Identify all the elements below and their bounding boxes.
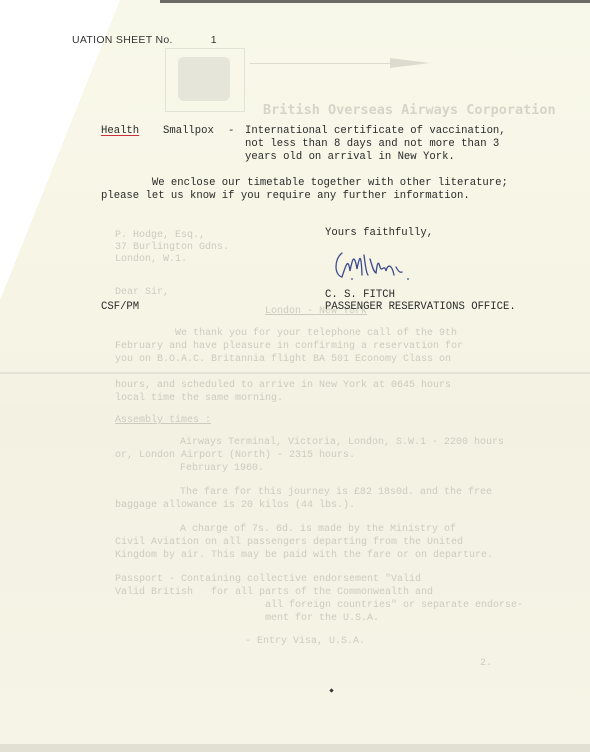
crest-logo-show-through bbox=[165, 48, 245, 112]
health-heading: Health bbox=[101, 125, 139, 138]
closing-paragraph-line-1: We enclose our timetable together with o… bbox=[101, 177, 508, 190]
ghost-line: February 1960. bbox=[180, 463, 264, 474]
ghost-line: Airways Terminal, Victoria, London, S.W.… bbox=[180, 437, 504, 448]
ghost-line: Kingdom by air. This may be paid with th… bbox=[115, 550, 493, 561]
ghost-line: A charge of 7s. 6d. is made by the Minis… bbox=[180, 524, 456, 535]
ghost-line: Passport - Containing collective endorse… bbox=[115, 574, 421, 585]
scan-bottom-edge bbox=[0, 744, 590, 752]
ghost-line: baggage allowance is 20 kilos (44 lbs.). bbox=[115, 500, 355, 511]
ghost-line: hours, and scheduled to arrive in New Yo… bbox=[115, 380, 451, 391]
ghost-line: or, London Airport (North) - 2315 hours. bbox=[115, 450, 355, 461]
item-dash: - bbox=[228, 125, 234, 138]
smallpox-label: Smallpox bbox=[163, 125, 214, 138]
ghost-line: all foreign countries" or separate endor… bbox=[265, 600, 523, 611]
ghost-line: We thank you for your telephone call of … bbox=[175, 328, 457, 339]
ghost-line: ment for the U.S.A. bbox=[265, 613, 379, 624]
ghost-line: The fare for this journey is £82 18s0d. … bbox=[180, 487, 492, 498]
ghost-address-3: London, W.1. bbox=[115, 254, 187, 265]
ghost-address-2: 37 Burlington Gdns. bbox=[115, 242, 229, 253]
scan-top-edge bbox=[160, 0, 590, 3]
letterhead-company-show-through: British Overseas Airways Corporation bbox=[263, 102, 556, 118]
sheet-label: UATION SHEET No. bbox=[72, 34, 173, 46]
ghost-line: Assembly times : bbox=[115, 415, 211, 426]
reference-initials: CSF/PM bbox=[101, 301, 139, 314]
health-requirement-line-3: years old on arrival in New York. bbox=[245, 151, 455, 164]
health-requirement-line-1: International certificate of vaccination… bbox=[245, 125, 506, 138]
ghost-page-number: 2. bbox=[480, 658, 492, 669]
ghost-line: - Entry Visa, U.S.A. bbox=[245, 636, 365, 647]
signatory-office: PASSENGER RESERVATIONS OFFICE. bbox=[325, 301, 516, 314]
paper-fold-line bbox=[0, 372, 590, 374]
ghost-line: local time the same morning. bbox=[115, 393, 283, 404]
ghost-address-1: P. Hodge, Esq., bbox=[115, 230, 205, 241]
closing-paragraph-line-2: please let us know if you require any fu… bbox=[101, 190, 470, 203]
health-requirement-line-2: not less than 8 days and not more than 3 bbox=[245, 138, 499, 151]
letter-page: British Overseas Airways Corporation P. … bbox=[0, 0, 590, 752]
ghost-line: February and have pleasure in confirming… bbox=[115, 341, 463, 352]
ghost-line: Valid British for all parts of the Commo… bbox=[115, 587, 433, 598]
ink-speck bbox=[329, 688, 333, 692]
ghost-line: Civil Aviation on all passengers departi… bbox=[115, 537, 463, 548]
sheet-number: 1 bbox=[211, 34, 217, 46]
ghost-salutation: Dear Sir, bbox=[115, 287, 169, 298]
continuation-sheet-header: UATION SHEET No.1 bbox=[72, 34, 217, 46]
valediction: Yours faithfully, bbox=[325, 227, 433, 240]
ghost-line: you on B.O.A.C. Britannia flight BA 501 … bbox=[115, 354, 451, 365]
arrow-head-icon bbox=[390, 58, 430, 68]
handwritten-signature bbox=[332, 245, 412, 285]
